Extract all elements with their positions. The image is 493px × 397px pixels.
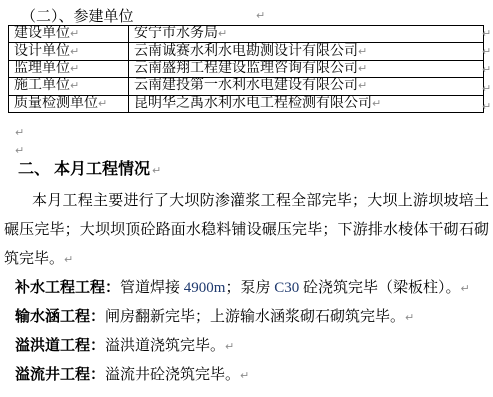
unit-name-cell: 云南诚赛水利水电勘测设计有限公司↵ [129,43,484,60]
document-page: { "marks": { "paragraph_mark": "↵" }, "c… [0,0,493,397]
item-text: 砼浇筑完毕（梁板柱）。 [299,280,460,296]
heading-text: 二、 本月工程情况 [18,161,150,178]
paragraph-mark-icon: ↵ [482,25,491,43]
unit-role-cell: 监理单位↵ [9,60,129,77]
item-spillway: 溢洪道工程：溢洪道浇筑完毕。↵ [15,332,489,361]
paragraph-mark-icon: ↵ [482,61,491,79]
paragraph-mark-icon: ↵ [461,282,470,295]
item-label: 补水工程工程： [15,280,120,296]
unit-name: 云南诚赛水利水电勘测设计有限公司 [134,44,358,59]
paragraph-mark-icon: ↵ [405,311,414,324]
unit-name-cell: 云南建投第一水利水电建设有限公司↵ [129,78,484,95]
item-value-length: 4900m [184,280,226,296]
unit-role: 建设单位 [14,26,70,41]
report-body: 本月工程主要进行了大坝防渗灌浆工程全部完毕；大坝上游坝坡培土碾压完毕；大坝坝顶砼… [4,187,489,390]
unit-name-cell: 云南盛翔工程建设监理咨询有限公司↵ [129,60,484,77]
paragraph-mark-icon: ↵ [70,79,79,92]
unit-name: 昆明华之禹水利水电工程检测有限公司 [134,96,372,111]
item-label: 输水涵工程： [15,309,105,325]
table-row: 设计单位↵ 云南诚赛水利水电勘测设计有限公司↵ [9,43,484,60]
item-label: 溢洪道工程： [15,338,105,354]
paragraph-mark-icon: ↵ [482,43,491,61]
table-row: 监理单位↵ 云南盛翔工程建设监理咨询有限公司↵ [9,60,484,77]
paragraph-mark-icon: ↵ [358,62,367,75]
item-text: 管道焊接 [120,280,184,296]
paragraph-mark-icon: ↵ [358,45,367,58]
unit-name: 云南建投第一水利水电建设有限公司 [134,78,358,93]
unit-role-cell: 建设单位↵ [9,26,129,43]
item-water-conveyance-culvert: 输水涵工程：闸房翻新完毕；上游输水涵浆砌石砌筑完毕。↵ [15,303,489,332]
unit-role: 施工单位 [14,78,70,93]
paragraph-mark-icon: ↵ [152,164,161,177]
paragraph-mark-icon: ↵ [218,27,227,40]
item-text: ；泵房 [225,280,274,296]
paragraph-mark-icon: ↵ [482,80,491,98]
paragraph-mark-icon: ↵ [64,253,73,266]
unit-role: 设计单位 [14,44,70,59]
unit-role-cell: 施工单位↵ [9,78,129,95]
unit-role-cell: 质量检测单位↵ [9,95,129,112]
paragraph-mark-icon: ↵ [70,45,79,58]
paragraph-mark-icon: ↵ [358,79,367,92]
unit-role-cell: 设计单位↵ [9,43,129,60]
paragraph-text: 本月工程主要进行了大坝防渗灌浆工程全部完毕；大坝上游坝坡培土碾压完毕；大坝坝顶砼… [4,193,489,267]
paragraph-mark-icon: ↵ [225,340,234,353]
paragraph-mark-icon: ↵ [98,97,107,110]
paragraph-mark-icon: ↵ [15,126,24,139]
section-title: （二）、参建单位 [21,5,134,26]
table-row: 施工单位↵ 云南建投第一水利水电建设有限公司↵ [9,78,484,95]
paragraph-mark-icon: ↵ [70,62,79,75]
item-text: 闸房翻新完毕；上游输水涵浆砌石砌筑完毕。 [105,309,405,325]
item-value-concrete-grade: C30 [274,280,299,296]
row-end-paragraph-marks: ↵ ↵ ↵ ↵ ↵ [482,25,491,116]
month-report-heading: 二、 本月工程情况↵ [18,156,161,179]
item-text: 溢洪道浇筑完毕。 [105,338,225,354]
item-text: 溢流井砼浇筑完毕。 [105,367,240,383]
paragraph-mark-icon: ↵ [70,27,79,40]
unit-name: 云南盛翔工程建设监理咨询有限公司 [134,61,358,76]
item-overflow-shaft: 溢流井工程：溢流井砼浇筑完毕。↵ [15,361,489,390]
table-row: 建设单位↵ 安宁市水务局↵ [9,26,484,43]
unit-role: 质量检测单位 [14,96,98,111]
unit-role: 监理单位 [14,61,70,76]
table-row: 质量检测单位↵ 昆明华之禹水利水电工程检测有限公司↵ [9,95,484,112]
paragraph-mark-icon: ↵ [240,369,249,382]
paragraph-mark-icon: ↵ [482,98,491,116]
monthly-summary-paragraph: 本月工程主要进行了大坝防渗灌浆工程全部完毕；大坝上游坝坡培土碾压完毕；大坝坝顶砼… [4,187,489,274]
paragraph-mark-icon: ↵ [256,9,265,22]
participating-units-table: 建设单位↵ 安宁市水务局↵ 设计单位↵ 云南诚赛水利水电勘测设计有限公司↵ 监理… [8,25,484,113]
unit-name-cell: 昆明华之禹水利水电工程检测有限公司↵ [129,95,484,112]
paragraph-mark-icon: ↵ [372,97,381,110]
item-label: 溢流井工程： [15,367,105,383]
unit-name-cell: 安宁市水务局↵ [129,26,484,43]
item-water-supply-works: 补水工程工程：管道焊接 4900m；泵房 C30 砼浇筑完毕（梁板柱）。↵ [15,274,489,303]
unit-name: 安宁市水务局 [134,26,218,41]
